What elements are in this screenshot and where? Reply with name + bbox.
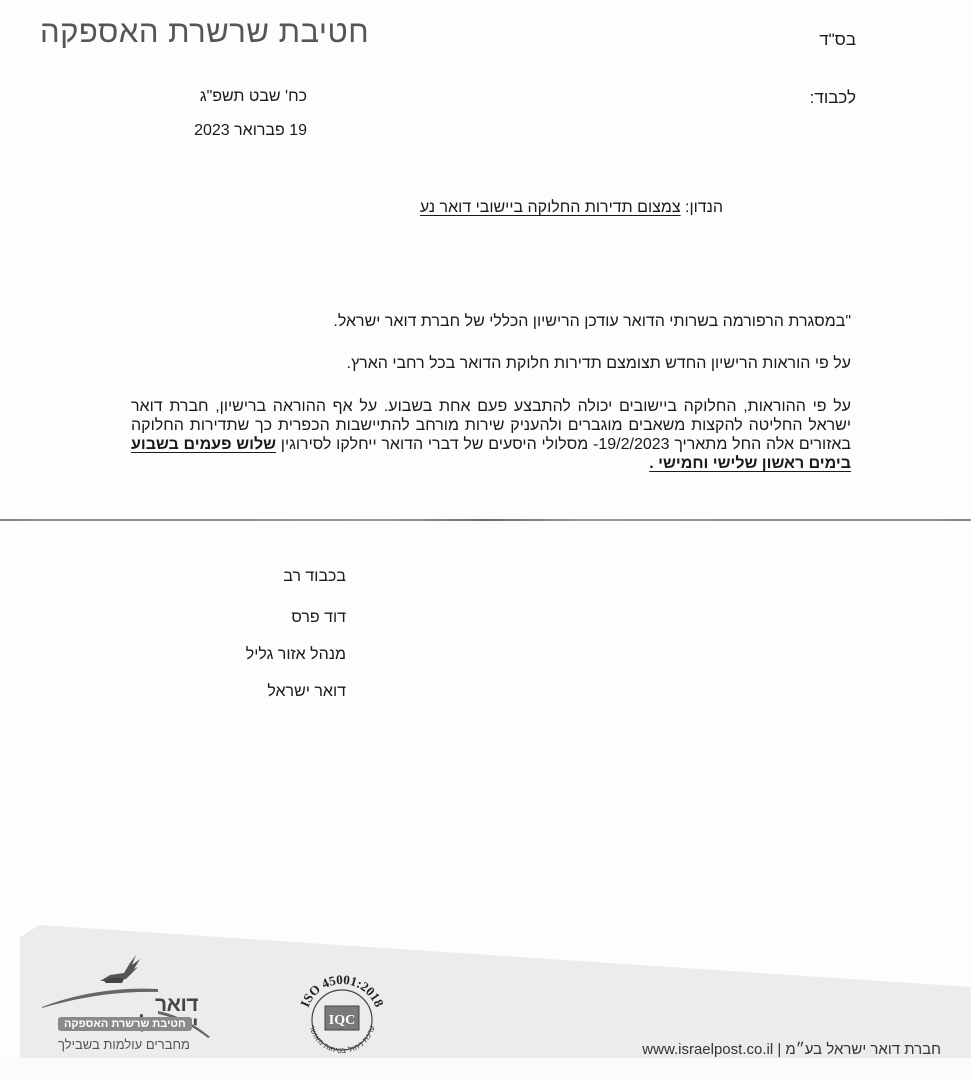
signature-company: דואר ישראל [267, 683, 346, 701]
body-paragraph-2: על פי הוראות הרישיון החדש תצומצם תדירות … [347, 354, 851, 373]
subject-line: הנדון: צמצום תדירות החלוקה ביישובי דואר … [420, 199, 723, 217]
logo-division-badge: חטיבת שרשרת האספקה [58, 1017, 192, 1031]
iso-seal-icon: ISO 45001:2018 IQC מערכת ניהול בטיחות מא… [292, 968, 392, 1068]
footer-company-line: חברת דואר ישראל בע״מ | www.israelpost.co… [642, 1041, 941, 1058]
body-paragraph-1: "במסגרת הרפורמה בשרותי הדואר עודכן הרישי… [333, 312, 851, 331]
gregorian-date: 19 פברואר 2023 [194, 122, 307, 140]
logo-tagline: מחברים עולמות בשבילך [58, 1037, 190, 1052]
recipient-label: לכבוד: [810, 88, 856, 108]
signature-closing: בכבוד רב [283, 568, 346, 586]
footer-bottom-edge [0, 1058, 971, 1080]
subject-text: צמצום תדירות החלוקה ביישובי דואר נע [420, 199, 681, 216]
signature-name: דוד פרס [291, 609, 346, 627]
iso-certification-seal: ISO 45001:2018 IQC מערכת ניהול בטיחות מא… [292, 968, 392, 1068]
org-title: חטיבת שרשרת האספקה [40, 14, 369, 50]
signature-title: מנהל אזור גליל [246, 646, 346, 664]
svg-text:ISO 45001:2018: ISO 45001:2018 [297, 972, 387, 1010]
subject-label: הנדון: [685, 199, 723, 216]
body-paragraph-3: על פי ההוראות, החלוקה ביישובים יכולה להת… [131, 397, 851, 473]
bsd-mark: בס"ד [819, 30, 856, 50]
hebrew-date: כח' שבט תשפ"ג [200, 88, 307, 106]
israel-post-logo: דואר ישראל חטיבת שרשרת האספקה מחברים עול… [38, 945, 218, 1060]
svg-text:IQC: IQC [329, 1013, 355, 1028]
divider-line [0, 519, 971, 521]
logo-name-line1: דואר [139, 995, 198, 1015]
